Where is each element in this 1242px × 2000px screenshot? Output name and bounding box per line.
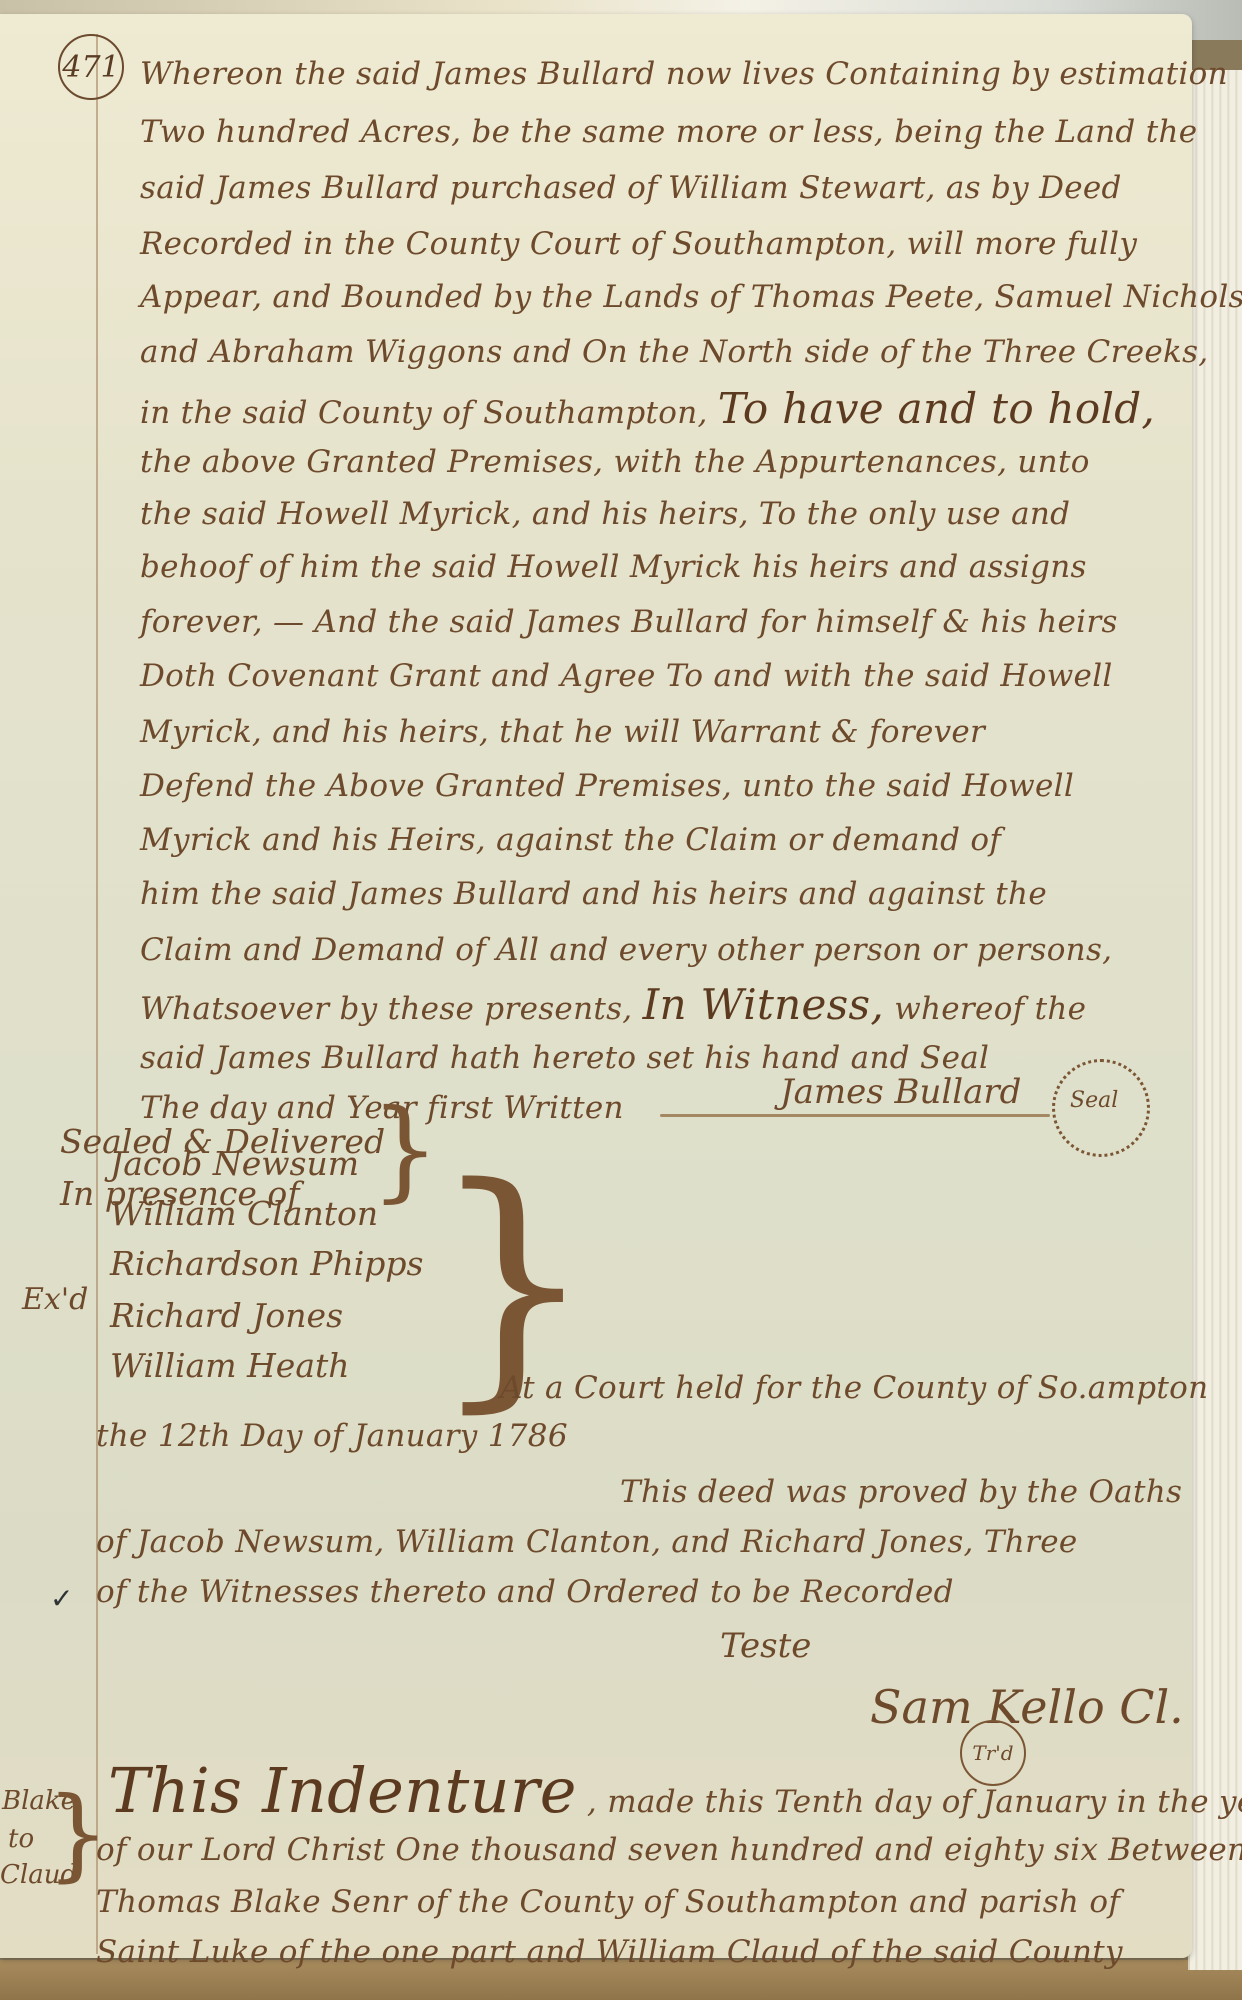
court-line-3: This deed was proved by the Oaths (620, 1474, 1242, 1510)
manuscript-page: 471 Whereon the said James Bullard now l… (0, 14, 1192, 1958)
deed-line-4: Recorded in the County Court of Southamp… (140, 226, 1180, 262)
witness-3: Richardson Phipps (110, 1244, 423, 1283)
teste-label: Teste (720, 1626, 811, 1666)
next-deed-line-1-text: , made this Tenth day of January in the … (587, 1784, 1242, 1820)
deed-line-19: said James Bullard hath hereto set his h… (140, 1040, 1180, 1076)
seal-label: Seal (1070, 1088, 1118, 1113)
court-line-1: At a Court held for the County of So.amp… (500, 1370, 1242, 1406)
grantor-signature: James Bullard (780, 1072, 1021, 1112)
testimonium-tail: whereof the (894, 991, 1086, 1027)
deed-line-3: said James Bullard purchased of William … (140, 170, 1180, 206)
court-line-5: of the Witnesses thereto and Ordered to … (96, 1574, 1136, 1610)
deed-line-12: Doth Covenant Grant and Agree To and wit… (140, 658, 1180, 694)
margin-note-to: to (8, 1824, 34, 1854)
deed-line-15: Myrick and his Heirs, against the Claim … (140, 822, 1180, 858)
next-deed-line-1: This Indenture , made this Tenth day of … (108, 1754, 1148, 1827)
clerk-signature: Sam Kello Cl. (870, 1680, 1184, 1734)
deed-line-20: The day and Year first Written (140, 1090, 1180, 1126)
witness-2: William Clanton (110, 1194, 378, 1233)
habendum-clause: To have and to hold, (718, 384, 1155, 433)
next-deed-line-4: Saint Luke of the one part and William C… (96, 1934, 1136, 1970)
court-line-4: of Jacob Newsum, William Clanton, and Ri… (96, 1524, 1136, 1560)
witness-1: Jacob Newsum (110, 1144, 359, 1183)
deed-line-13: Myrick, and his heirs, that he will Warr… (140, 714, 1180, 750)
deed-line-16: him the said James Bullard and his heirs… (140, 876, 1180, 912)
witness-4: Richard Jones (110, 1296, 343, 1335)
deed-line-6: and Abraham Wiggons and On the North sid… (140, 334, 1180, 370)
deed-line-5: Appear, and Bounded by the Lands of Thom… (140, 279, 1180, 315)
margin-rule (96, 34, 98, 1954)
deed-line-18: Whatsoever by these presents, In Witness… (140, 980, 1180, 1029)
folio-number: 471 (58, 34, 124, 100)
deed-line-18-text: Whatsoever by these presents, (140, 991, 632, 1027)
testimonium-clause: In Witness, (643, 980, 884, 1029)
deed-line-14: Defend the Above Granted Premises, unto … (140, 768, 1180, 804)
flourish-line (660, 1114, 1050, 1117)
deed-line-7: in the said County of Southampton, To ha… (140, 384, 1180, 433)
witness-5: William Heath (110, 1346, 350, 1385)
deed-line-2: Two hundred Acres, be the same more or l… (140, 114, 1180, 150)
court-line-2: the 12th Day of January 1786 (96, 1418, 1136, 1454)
check-mark: ✓ (50, 1582, 73, 1615)
deed-line-1: Whereon the said James Bullard now lives… (140, 56, 1180, 92)
deed-line-10: behoof of him the said Howell Myrick his… (140, 549, 1180, 585)
brace-margin-note: } (46, 1784, 110, 1884)
deed-line-11: forever, — And the said James Bullard fo… (140, 604, 1180, 640)
deed-line-9: the said Howell Myrick, and his heirs, T… (140, 496, 1180, 532)
next-deed-line-2: of our Lord Christ One thousand seven hu… (96, 1832, 1136, 1868)
indenture-heading: This Indenture (108, 1754, 577, 1827)
deed-line-17: Claim and Demand of All and every other … (140, 932, 1180, 968)
examined-margin-mark: Ex'd (22, 1282, 88, 1317)
deed-line-8: the above Granted Premises, with the App… (140, 444, 1180, 480)
deed-line-7-text: in the said County of Southampton, (140, 395, 708, 431)
next-deed-line-3: Thomas Blake Senr of the County of South… (96, 1884, 1136, 1920)
